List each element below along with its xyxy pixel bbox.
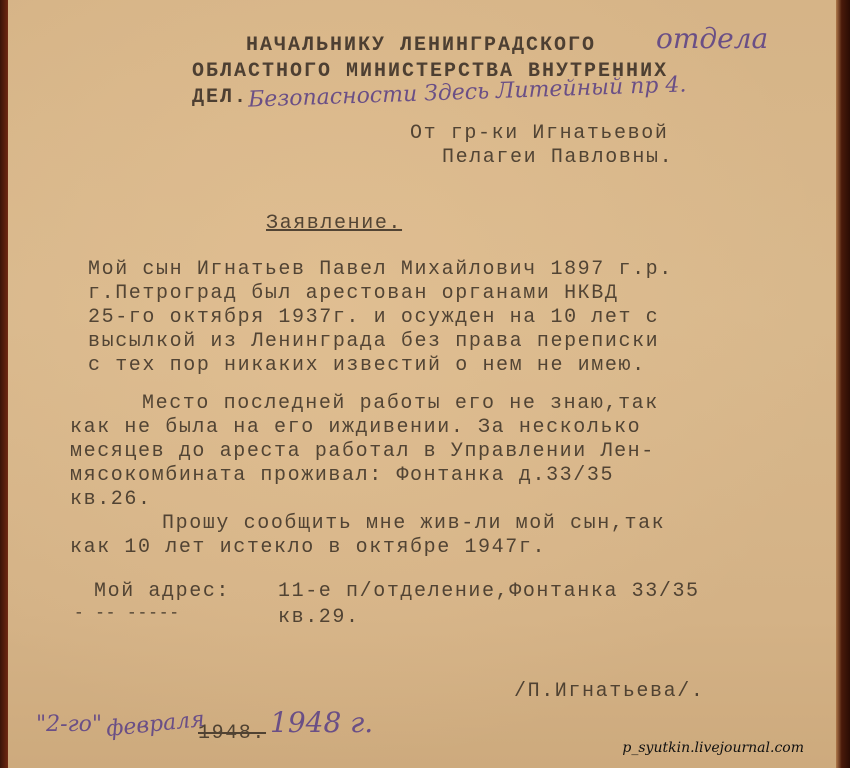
date-year-typed: 1948. <box>198 722 266 745</box>
paragraph-2-line-5: кв.26. <box>70 488 152 511</box>
signature: /П.Игнатьева/. <box>514 680 704 703</box>
paragraph-1-line-2: г.Петроград был арестован органами НКВД <box>88 282 618 305</box>
sender-line-1: От гр-ки Игнатьевой <box>410 122 668 145</box>
paragraph-2-line-1: Место последней работы его не знаю,так <box>142 392 659 415</box>
paragraph-2-line-2: как не была на его иждивении. За несколь… <box>70 416 641 439</box>
handwritten-addition-otdela: отдела <box>656 22 768 55</box>
paragraph-2-line-4: мясокомбината проживал: Фонтанка д.33/35 <box>70 464 614 487</box>
paragraph-1-line-5: с тех пор никаких известий о нем не имею… <box>88 354 646 377</box>
paragraph-3-line-2: как 10 лет истекло в октябре 1947г. <box>70 536 546 559</box>
address-line-1: 11-е п/отделение,Фонтанка 33/35 <box>278 580 700 603</box>
addressee-line-1: НАЧАЛЬНИКУ ЛЕНИНГРАДСКОГО <box>246 34 596 57</box>
paragraph-3-line-1: Прошу сообщить мне жив-ли мой сын,так <box>162 512 665 535</box>
paragraph-1-line-4: высылкой из Ленинграда без права перепис… <box>88 330 659 353</box>
date-day: "2-го" <box>36 712 102 737</box>
paragraph-1-line-1: Мой сын Игнатьев Павел Михайлович 1897 г… <box>88 258 673 281</box>
addressee-line-3: ДЕЛ. <box>192 86 248 109</box>
document-title: Заявление. <box>266 212 402 235</box>
address-label: Мой адрес: <box>94 580 230 603</box>
date-year-handwritten: 1948 г. <box>270 706 373 739</box>
paragraph-1-line-3: 25-го октября 1937г. и осужден на 10 лет… <box>88 306 659 329</box>
document-page: НАЧАЛЬНИКУ ЛЕНИНГРАДСКОГО отдела ОБЛАСТН… <box>8 0 838 768</box>
sender-line-2: Пелагеи Павловны. <box>442 146 673 169</box>
date-month: февраля <box>105 707 206 742</box>
paragraph-2-line-3: месяцев до ареста работал в Управлении Л… <box>70 440 655 463</box>
table-edge-right <box>836 0 850 768</box>
address-line-2: кв.29. <box>278 606 360 629</box>
watermark: p_syutkin.livejournal.com <box>622 740 804 756</box>
address-dashes: - -- ----- <box>74 604 180 622</box>
